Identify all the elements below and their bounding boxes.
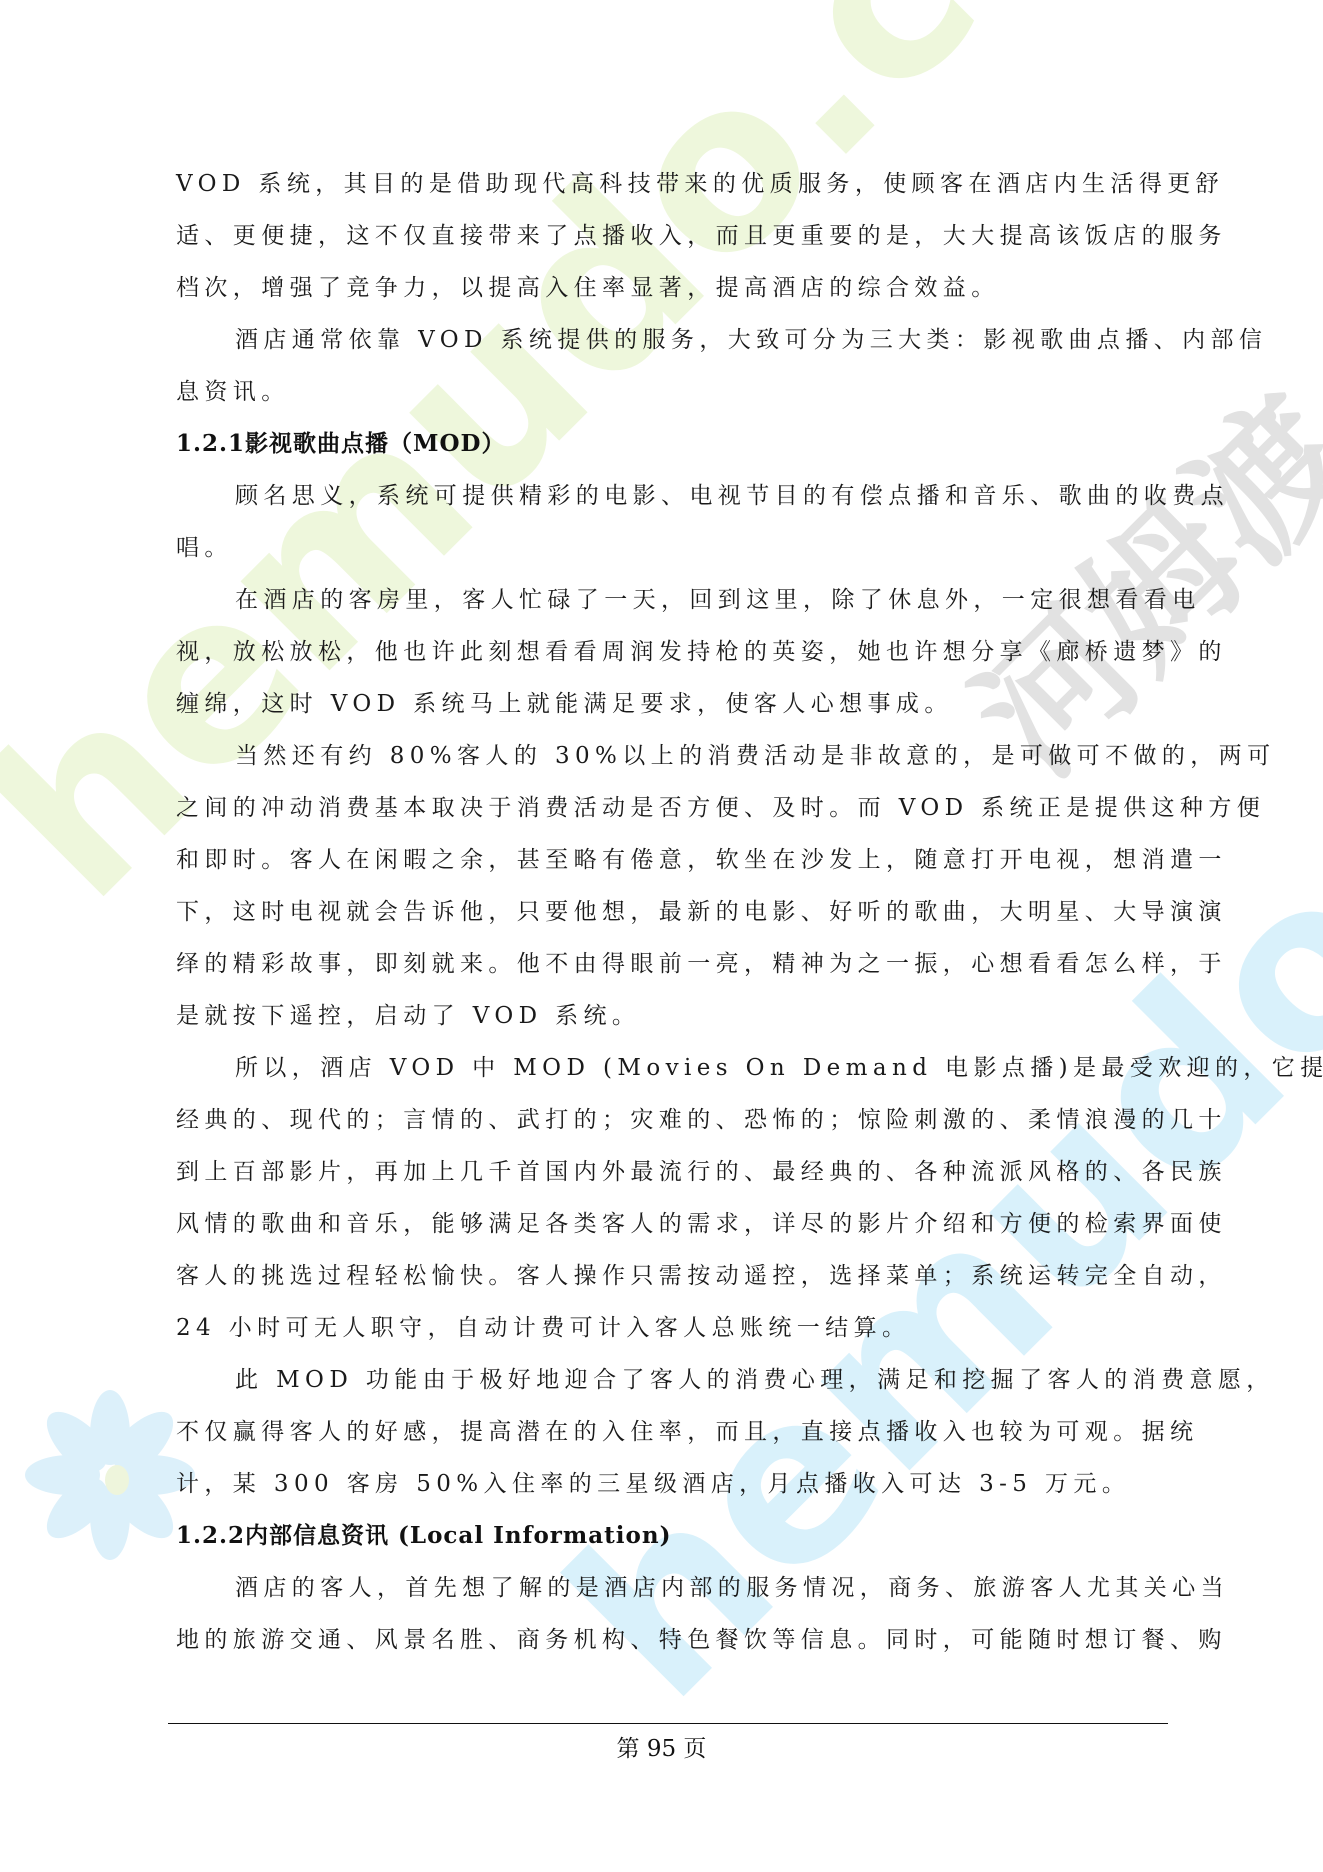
text-line: 是就按下遥控，启动了 VOD 系统。 [176,990,1168,1042]
text-line: 唱。 [176,522,1168,574]
paragraph-start: 酒店的客人，首先想了解的是酒店内部的服务情况，商务、旅游客人尤其关心当 [176,1562,1168,1614]
section-heading-1-2-1: 1.2.1影视歌曲点播（MOD） [176,418,1168,470]
paragraph-start: 当然还有约 80%客人的 30%以上的消费活动是非故意的，是可做可不做的，两可 [176,730,1168,782]
flower-logo-icon [10,1380,200,1570]
text-line: 风情的歌曲和音乐，能够满足各类客人的需求，详尽的影片介绍和方便的检索界面使 [176,1198,1168,1250]
text-line: 缠绵，这时 VOD 系统马上就能满足要求，使客人心想事成。 [176,678,1168,730]
paragraph-start: 在酒店的客房里，客人忙碌了一天，回到这里，除了休息外，一定很想看看电 [176,574,1168,626]
text-line: 不仅赢得客人的好感，提高潜在的入住率，而且，直接点播收入也较为可观。据统 [176,1406,1168,1458]
document-body: VOD 系统，其目的是借助现代高科技带来的优质服务，使顾客在酒店内生活得更舒 适… [176,158,1168,1666]
text-line: 视，放松放松，他也许此刻想看看周润发持枪的英姿，她也许想分享《廊桥遗梦》的 [176,626,1168,678]
text-line: 到上百部影片，再加上几千首国内外最流行的、最经典的、各种流派风格的、各民族 [176,1146,1168,1198]
text-line: 和即时。客人在闲暇之余，甚至略有倦意，软坐在沙发上，随意打开电视，想消遣一 [176,834,1168,886]
text-line: 之间的冲动消费基本取决于消费活动是否方便、及时。而 VOD 系统正是提供这种方便 [176,782,1168,834]
text-line: 地的旅游交通、风景名胜、商务机构、特色餐饮等信息。同时，可能随时想订餐、购 [176,1614,1168,1666]
text-line: 客人的挑选过程轻松愉快。客人操作只需按动遥控，选择菜单；系统运转完全自动， [176,1250,1168,1302]
text-line: 档次，增强了竞争力，以提高入住率显著，提高酒店的综合效益。 [176,262,1168,314]
text-line: 计，某 300 客房 50%入住率的三星级酒店，月点播收入可达 3-5 万元。 [176,1458,1168,1510]
page-number: 第 95 页 [0,1730,1323,1763]
paragraph-start: 所以，酒店 VOD 中 MOD (Movies On Demand 电影点播)是… [176,1042,1168,1094]
text-line: 绎的精彩故事，即刻就来。他不由得眼前一亮，精神为之一振，心想看看怎么样，于 [176,938,1168,990]
section-heading-1-2-2: 1.2.2内部信息资讯 (Local Information) [176,1510,1168,1562]
text-line: 适、更便捷，这不仅直接带来了点播收入，而且更重要的是，大大提高该饭店的服务 [176,210,1168,262]
paragraph-start: 顾名思义，系统可提供精彩的电影、电视节目的有偿点播和音乐、歌曲的收费点 [176,470,1168,522]
text-line: 24 小时可无人职守，自动计费可计入客人总账统一结算。 [176,1302,1168,1354]
paragraph-start: 酒店通常依靠 VOD 系统提供的服务，大致可分为三大类：影视歌曲点播、内部信 [176,314,1168,366]
text-line: VOD 系统，其目的是借助现代高科技带来的优质服务，使顾客在酒店内生活得更舒 [176,158,1168,210]
footer-divider [168,1723,1168,1724]
text-line: 息资讯。 [176,366,1168,418]
paragraph-start: 此 MOD 功能由于极好地迎合了客人的消费心理，满足和挖掘了客人的消费意愿， [176,1354,1168,1406]
text-line: 经典的、现代的；言情的、武打的；灾难的、恐怖的；惊险刺激的、柔情浪漫的几十 [176,1094,1168,1146]
text-line: 下，这时电视就会告诉他，只要他想，最新的电影、好听的歌曲，大明星、大导演演 [176,886,1168,938]
